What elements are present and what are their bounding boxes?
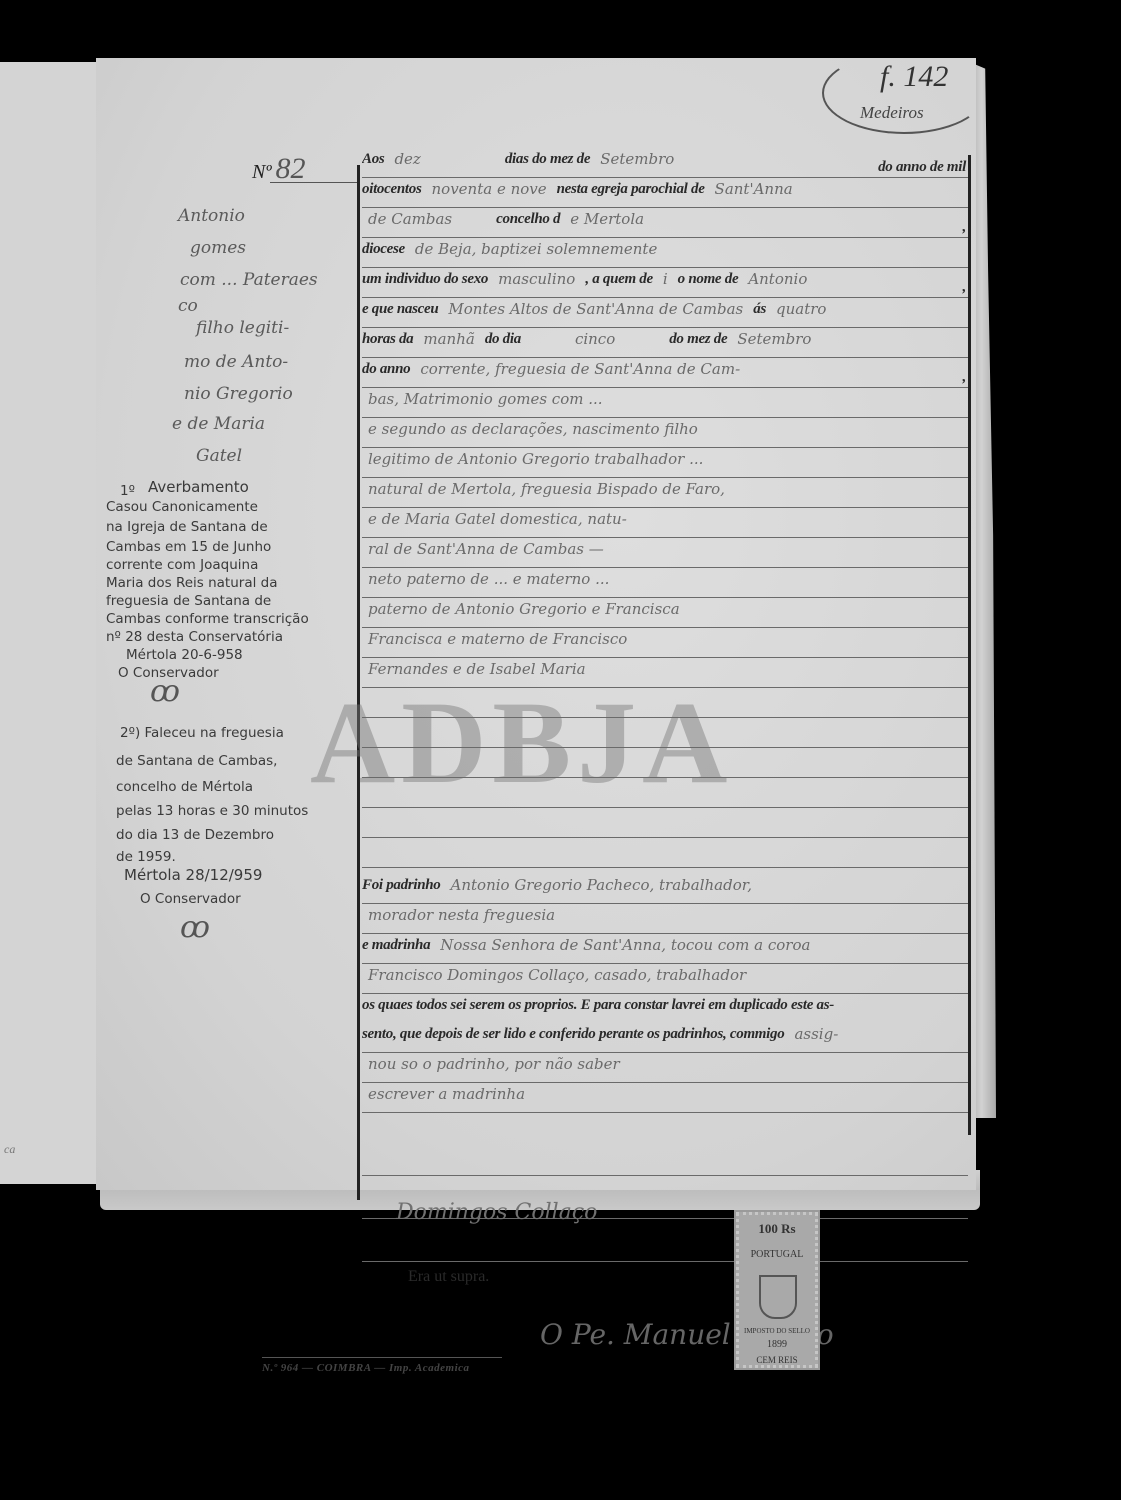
form-line-closing-1: os quaes todos sei serem os proprios. E …	[362, 996, 968, 1023]
margin-name-line: Antonio	[178, 206, 245, 226]
handwritten-birth-day: cinco	[525, 330, 665, 348]
note1-line: Cambas conforme transcrição	[106, 610, 309, 629]
printed-text: ,	[963, 219, 966, 236]
handwritten-text: e segundo as declarações, nascimento fil…	[362, 420, 704, 438]
handwritten-text: Fernandes e de Isabel Maria	[362, 660, 592, 678]
note2-line: do dia 13 de Dezembro	[116, 826, 274, 845]
margin-name-line: gomes	[190, 238, 246, 258]
margin-name-line: co	[178, 296, 198, 316]
godmother-value-cont: Francisco Domingos Collaço, casado, trab…	[362, 966, 752, 984]
note1-signature: ꝏ	[150, 674, 180, 709]
handwritten-text: legitimo de Antonio Gregorio trabalhador…	[362, 450, 709, 468]
note2-line: 2º) Faleceu na freguesia	[120, 724, 284, 743]
form-line-closing-3: nou so o padrinho, por não saber	[362, 1055, 968, 1083]
printed-text: horas da	[362, 331, 413, 347]
handwritten-text: neto paterno de ... e materno ...	[362, 570, 615, 588]
printed-text: ás	[753, 301, 766, 317]
printed-text: um individuo do sexo	[362, 271, 488, 287]
note2-line: Mértola 28/12/959	[124, 866, 262, 885]
continuation-line: bas, Matrimonio gomes com ...	[362, 390, 968, 418]
note1-line: Mértola 20-6-958	[126, 646, 243, 665]
left-facing-page: ca	[0, 62, 98, 1184]
margin-name-line: com ... Pateraes	[180, 270, 318, 290]
left-page-handwriting-fragment: ca	[4, 1142, 15, 1157]
note1-line: Maria dos Reis natural da	[106, 574, 277, 593]
form-line-godmother: e madrinha Nossa Senhora de Sant'Anna, t…	[362, 936, 968, 964]
handwritten-text: e de Maria Gatel domestica, natu-	[362, 510, 633, 528]
form-line-closing-2: sento, que depois de ser lido e conferid…	[362, 1025, 968, 1053]
continuation-line: legitimo de Antonio Gregorio trabalhador…	[362, 450, 968, 478]
note2-line: concelho de Mértola	[116, 778, 253, 797]
printed-text: diocese	[362, 241, 405, 257]
stamp-year: 1899	[739, 1339, 815, 1350]
handwritten-year: noventa e nove	[426, 180, 553, 198]
handwritten-text: escrever a madrinha	[362, 1085, 531, 1103]
folio-number: f. 142	[880, 60, 948, 94]
continuation-line: Francisca e materno de Francisco	[362, 630, 968, 658]
printed-text: nesta egreja parochial de	[557, 181, 705, 197]
form-line-closing-4: escrever a madrinha	[362, 1085, 968, 1113]
coat-of-arms-icon	[759, 1275, 797, 1319]
handwritten-period: manhã	[417, 330, 480, 348]
printed-text: o nome de	[678, 271, 739, 287]
continuation-line: e de Maria Gatel domestica, natu-	[362, 510, 968, 538]
stamp-value: 100 Rs	[739, 1221, 815, 1237]
folio-annotation: Medeiros	[860, 103, 924, 123]
handwritten-gave: i	[657, 270, 674, 288]
printed-text: do anno	[362, 361, 410, 377]
handwritten-birth-year: corrente, freguesia de Sant'Anna de Cam-	[414, 360, 746, 378]
stamp-country: PORTUGAL	[739, 1249, 815, 1260]
form-line-godmother-cont: Francisco Domingos Collaço, casado, trab…	[362, 966, 968, 994]
form-line-year-parish: oitocentos noventa e nove nesta egreja p…	[362, 180, 968, 208]
printed-text: dias do mez de	[505, 151, 590, 167]
form-line-birth-year: do anno corrente, freguesia de Sant'Anna…	[362, 360, 968, 388]
continuation-line: Fernandes e de Isabel Maria	[362, 660, 968, 688]
continuation-line: e segundo as declarações, nascimento fil…	[362, 420, 968, 448]
right-rule	[968, 155, 971, 1135]
printer-imprint: N.º 964 — COIMBRA — Imp. Academica	[262, 1362, 470, 1374]
note2-signature: ꝏ	[180, 910, 210, 945]
handwritten-diocese: de Beja, baptizei solemnemente	[409, 240, 663, 258]
empty-ruled-line	[362, 720, 968, 748]
margin-name-line: filho legiti-	[196, 318, 289, 338]
stamp-tax: IMPOSTO DO SELLO	[739, 1327, 815, 1335]
printed-text: e que nasceu	[362, 301, 438, 317]
continuation-line: paterno de Antonio Gregorio e Francisca	[362, 600, 968, 628]
handwritten-text: natural de Mertola, freguesia Bispado de…	[362, 480, 731, 498]
handwritten-hour: quatro	[770, 300, 832, 318]
note1-line: corrente com Joaquina	[106, 556, 258, 575]
revenue-stamp: 100 Rs PORTUGAL IMPOSTO DO SELLO 1899 CE…	[736, 1212, 818, 1368]
note1-line: freguesia de Santana de	[106, 592, 271, 611]
note2-line: de Santana de Cambas,	[116, 752, 277, 771]
printed-text: , a quem de	[585, 271, 653, 287]
printed-text: ,	[963, 369, 966, 386]
form-line-godfather: Foi padrinho Antonio Gregorio Pacheco, t…	[362, 876, 968, 904]
record-number-label: Nº	[252, 161, 272, 183]
margin-name-line: mo de Anto-	[184, 352, 288, 372]
margin-name-line: e de Maria	[172, 414, 265, 434]
note1-title: Averbamento	[148, 478, 249, 497]
form-line-diocese: diocese de Beja, baptizei solemnemente	[362, 240, 968, 268]
empty-ruled-line	[362, 780, 968, 808]
closing-text: sento, que depois de ser lido e conferid…	[362, 1026, 784, 1042]
record-number-value: 82	[276, 152, 306, 185]
note1-line: Cambas em 15 de Junho	[106, 538, 271, 557]
margin-name-line: Gatel	[196, 446, 242, 466]
stamp-face-value: CEM REIS	[739, 1355, 815, 1365]
form-line-sex-name: um individuo do sexo masculino , a quem …	[362, 270, 968, 298]
record-number-underline	[270, 182, 358, 183]
note1-line: nº 28 desta Conservatória	[106, 628, 283, 647]
godfather-value: Antonio Gregorio Pacheco, trabalhador,	[445, 876, 759, 894]
era-ut-supra: Era ut supra.	[408, 1268, 489, 1286]
godmother-label: e madrinha	[362, 937, 430, 953]
godfather-value-cont: morador nesta freguesia	[362, 906, 561, 924]
form-line-birthplace: e que nasceu Montes Altos de Sant'Anna d…	[362, 300, 968, 328]
printed-text: do dia	[485, 331, 521, 347]
handwritten-parish-cont: de Cambas	[362, 210, 492, 228]
form-line-date: Aos dez dias do mez de Setembro do anno …	[362, 150, 968, 178]
continuation-line: natural de Mertola, freguesia Bispado de…	[362, 480, 968, 508]
handwritten-day: dez	[388, 150, 500, 168]
empty-ruled-line	[362, 690, 968, 718]
handwritten-text: ral de Sant'Anna de Cambas —	[362, 540, 610, 558]
printed-text: ,	[963, 279, 966, 296]
note1-line: Casou Canonicamente	[106, 498, 258, 517]
handwritten-text: assig-	[788, 1025, 844, 1043]
printer-rule	[262, 1357, 502, 1358]
empty-ruled-line	[362, 840, 968, 868]
margin-name-line: nio Gregorio	[184, 384, 293, 404]
empty-ruled-line	[362, 1115, 968, 1176]
form-line-birth-time: horas da manhã do dia cinco do mez de Se…	[362, 330, 968, 358]
form-line-council: de Cambas concelho d e Mertola ,	[362, 210, 968, 238]
margin-rule	[357, 165, 360, 1200]
record-number: Nº82	[252, 152, 306, 186]
handwritten-text: nou so o padrinho, por não saber	[362, 1055, 626, 1073]
handwritten-given-name: Antonio	[742, 270, 813, 288]
printed-text: oitocentos	[362, 181, 422, 197]
handwritten-text: paterno de Antonio Gregorio e Francisca	[362, 600, 686, 618]
printed-text: do anno de mil	[878, 159, 966, 176]
printed-text: do mez de	[669, 331, 727, 347]
printed-text: Aos	[362, 151, 384, 167]
godfather-label: Foi padrinho	[362, 877, 441, 893]
record-form: Aos dez dias do mez de Setembro do anno …	[362, 150, 968, 1264]
continuation-line: neto paterno de ... e materno ...	[362, 570, 968, 598]
godfather-signature: Domingos Collaço	[396, 1200, 597, 1225]
handwritten-month: Setembro	[594, 150, 714, 168]
handwritten-text: Francisca e materno de Francisco	[362, 630, 633, 648]
empty-ruled-line	[362, 750, 968, 778]
empty-ruled-line	[362, 810, 968, 838]
form-line-godfather-cont: morador nesta freguesia	[362, 906, 968, 934]
printed-text: concelho d	[496, 211, 560, 227]
handwritten-text: bas, Matrimonio gomes com ...	[362, 390, 609, 408]
note1-line: na Igreja de Santana de	[106, 518, 268, 537]
handwritten-birth-month: Setembro	[731, 330, 817, 348]
handwritten-sex: masculino	[492, 270, 581, 288]
godmother-value: Nossa Senhora de Sant'Anna, tocou com a …	[434, 936, 816, 954]
note2-line: pelas 13 horas e 30 minutos	[116, 802, 308, 821]
note2-line: de 1959.	[116, 848, 176, 867]
handwritten-council: e Mertola	[564, 210, 650, 228]
note2-line: O Conservador	[140, 890, 241, 909]
handwritten-parish: Sant'Anna	[709, 180, 799, 198]
continuation-line: ral de Sant'Anna de Cambas —	[362, 540, 968, 568]
closing-text: os quaes todos sei serem os proprios. E …	[362, 997, 834, 1013]
signature-line	[362, 1221, 968, 1262]
handwritten-birthplace: Montes Altos de Sant'Anna de Cambas	[442, 300, 749, 318]
